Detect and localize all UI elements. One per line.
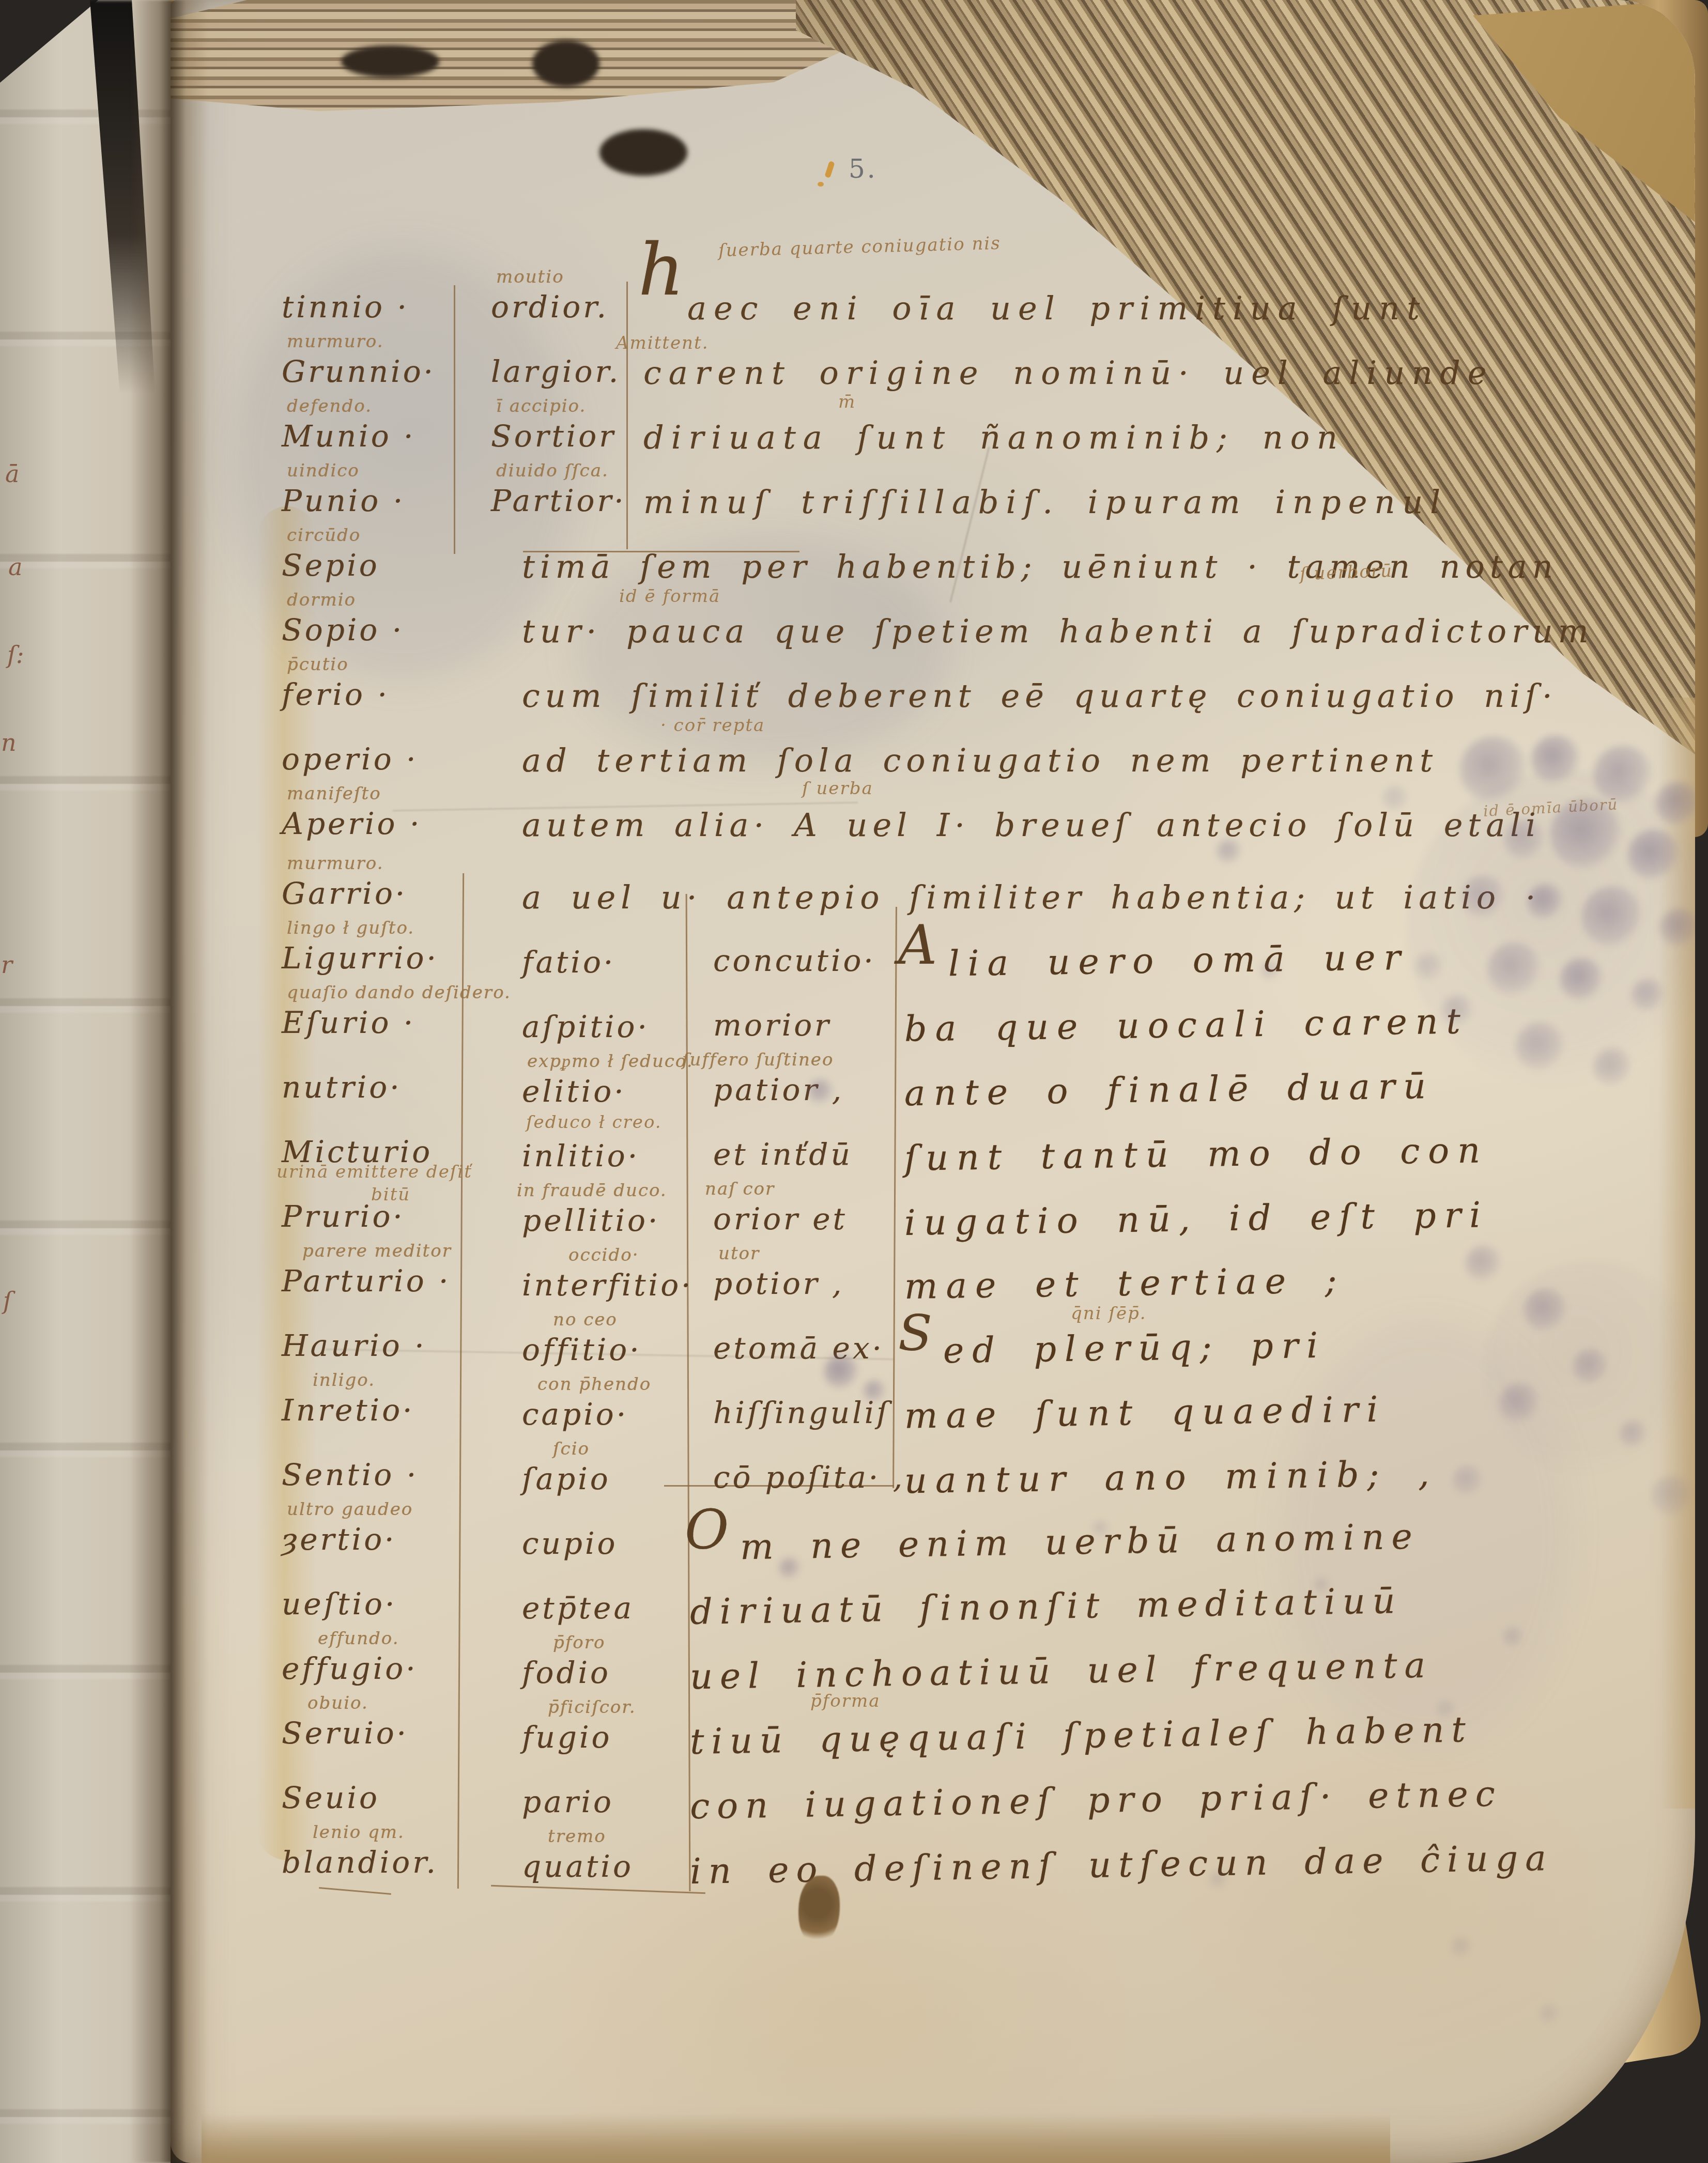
initial-A: A <box>898 924 937 967</box>
purple-stain <box>1209 1871 1228 1889</box>
verb-fugio: p̄ficiſcor.fugio <box>522 1720 612 1755</box>
para-mid-line-2: ba que uocali carent <box>904 1001 1469 1049</box>
para-mid-line-8: mae ſunt quaediri <box>904 1389 1386 1436</box>
verb-potior: utorpotior , <box>713 1266 844 1301</box>
verb-garrio: murmuro.Garrio· <box>282 876 407 911</box>
purple-stain <box>1560 957 1604 1001</box>
gloss-correpta: · cor̄ repta <box>660 715 765 736</box>
purple-stain <box>863 1380 886 1402</box>
verb-et-interdu: et inťdū <box>713 1137 853 1172</box>
main-line-8: ad tertiam ſola coniugatio nem pertinent <box>522 741 1438 779</box>
verb-punio: uindicoPunio · <box>282 483 405 518</box>
verb-partior: diuido ſſca.Partior· <box>491 483 626 518</box>
gloss-seduco-creo: ſeduco ł creo. <box>526 1112 662 1133</box>
purple-stain <box>808 1079 833 1104</box>
para-bottom-line-5: con iugationeſ pro priaſ· etnec <box>689 1774 1502 1828</box>
orange-mark <box>824 161 835 178</box>
verb-pellitio: in fraudē duco.pellitio· <box>522 1203 660 1238</box>
purple-stain <box>1593 746 1653 805</box>
verb-elitio: expᵱmo ł ſeduco.elitio· <box>522 1074 626 1109</box>
purple-stain <box>1499 1383 1540 1423</box>
main-line-3: diriuata ſunt ñanominib; non <box>643 419 1345 456</box>
purple-stain <box>1524 1288 1567 1332</box>
under-leaf-bottom <box>202 2113 1390 2163</box>
verb-sentio: Sentio · <box>282 1457 419 1492</box>
purple-stain <box>1217 839 1241 864</box>
column-rule <box>454 285 455 554</box>
main-line-2: carent origine nominū· uel aliunde <box>643 354 1494 392</box>
purple-stain <box>1442 995 1473 1026</box>
facing-text-fragment: r <box>1 951 12 979</box>
orange-mark-dot <box>818 182 824 187</box>
verb-et-omnia-ex: etomā ex· <box>713 1331 884 1366</box>
purple-stain <box>1092 1520 1109 1537</box>
verb-capio: con p̄hendocapio· <box>522 1397 628 1432</box>
verb-grunnio: murmuro.Grunnio· <box>282 354 436 389</box>
verb-et-praeterea: etp̄tea <box>522 1590 634 1626</box>
main-line-4: minuſ triſſillabiſ. ipuram inpenul <box>643 483 1448 521</box>
para-mid-line-6: mae et tertiae ; <box>904 1260 1345 1307</box>
verb-conposita: cō poſita· , <box>713 1460 905 1495</box>
purple-stain <box>1314 1577 1330 1594</box>
main-line-7: cum ſimiliť deberent eē quartę coniugati… <box>522 677 1558 715</box>
column-rule <box>457 873 464 1889</box>
verb-sortior: ī accipio.Sortior <box>491 419 616 454</box>
para-bottom-line-3: uel inchoatiuū uel frequenta <box>689 1645 1433 1698</box>
verb-his-singulis: hiſſinguliſ <box>713 1395 890 1430</box>
facing-text-fragment: ſ: <box>7 641 24 669</box>
purple-stain <box>1659 908 1696 947</box>
purple-stain <box>1651 1475 1692 1517</box>
gloss-p-forma: p̄forma <box>810 1691 881 1711</box>
verb-prurio: Prurio· <box>282 1199 405 1234</box>
gloss-q-ni-sep: q̄ni ſēp̄. <box>1071 1303 1147 1324</box>
verb-tinnio: tinnio · <box>282 289 409 325</box>
main-line-1: aec eni oīa uel primitiua ſunt <box>687 289 1427 327</box>
verb-inlitio: inlitio· <box>522 1138 640 1173</box>
para-mid-line-7: ed plerūq; pri <box>943 1325 1326 1371</box>
purple-stain <box>1461 875 1505 919</box>
purple-stain <box>1487 942 1542 996</box>
facing-text-fragment: ā <box>5 460 19 488</box>
header-gloss: ſuerba quarte coniugatio nis <box>718 233 1002 261</box>
verb-sopio: dormioSopio · <box>282 612 404 647</box>
purple-stain <box>1503 1627 1524 1647</box>
verb-cupio: cupio <box>522 1526 618 1561</box>
purple-stain <box>1619 1420 1648 1448</box>
purple-stain <box>1631 978 1665 1012</box>
verb-quatio: tremoquatio <box>522 1849 634 1884</box>
purple-stain <box>1460 736 1527 804</box>
para-mid-line-1: lia uero omā uer <box>948 937 1409 984</box>
edge-dark-knot <box>532 40 599 87</box>
para-mid-line-3: ante o finalē duarū <box>904 1066 1434 1114</box>
verb-pario: pario <box>522 1784 614 1819</box>
verb-orior: naſ cororior et <box>713 1201 848 1237</box>
column-rule-flourish <box>319 1887 391 1895</box>
purple-stain <box>1516 1022 1565 1071</box>
verb-inretio: inligo.Inretio· <box>282 1393 415 1428</box>
verb-aspitio: aſpitio· <box>522 1009 650 1044</box>
brown-blotch <box>798 1876 840 1945</box>
column-rule <box>626 282 628 549</box>
manuscript-page: 5. ſuerba quarte coniugatio nis tinnio ·… <box>171 0 1695 2163</box>
purple-stain <box>1550 798 1623 871</box>
purple-stain <box>1415 952 1443 981</box>
purple-stain <box>1451 1936 1472 1958</box>
verb-ligurrio: lingo ł guſto.Ligurrio· <box>282 940 439 976</box>
verb-fatio: fatio· <box>522 945 616 980</box>
initial-O: O <box>685 1509 729 1552</box>
purple-stain <box>779 1557 801 1579</box>
verb-ferio: p̄cutioferio · <box>282 677 390 712</box>
purple-stain <box>1452 1465 1483 1496</box>
verb-effugio: effundo.effugio· <box>282 1651 418 1686</box>
verb-seruio: obuio.Seruio· <box>282 1716 409 1751</box>
purple-stain <box>1655 782 1696 826</box>
verb-parturio: parere meditorParturio · <box>282 1263 451 1299</box>
purple-stain <box>1531 735 1580 784</box>
para-mid-line-9: uantur ano minib; , <box>904 1454 1438 1502</box>
facing-text-fragment: ſ <box>3 1287 12 1315</box>
verb-operio: operio · <box>282 741 418 777</box>
edge-dark-knot <box>599 129 687 176</box>
verb-offitio: no ceooffitio· <box>522 1332 642 1367</box>
verb-fodio: p̄forofodio <box>522 1655 611 1690</box>
verb-blandior: lenio qm.blandior. <box>282 1845 438 1880</box>
purple-stain <box>824 1354 859 1389</box>
verb-haurio: Haurio · <box>282 1328 427 1363</box>
folio-number: 5. <box>849 154 878 184</box>
purple-stain <box>1527 884 1563 920</box>
gloss-s-ueboru: ſ uerborū <box>1299 561 1393 584</box>
initial-h: h <box>638 242 684 299</box>
facing-text-fragment: a <box>8 553 22 581</box>
gutter-seam <box>130 0 208 2163</box>
purple-stain <box>1581 886 1643 948</box>
purple-stain <box>1573 1349 1609 1385</box>
gloss-id-e-forma: id ē formā <box>619 586 720 607</box>
verb-gestio: ultro gaudeoȝertio· <box>282 1522 397 1557</box>
main-line-10: a uel u· antepio ſimiliter habentia; ut … <box>522 878 1541 916</box>
verb-interfitio: occido·interfitio· <box>522 1268 694 1303</box>
verb-concutio: concutio· <box>713 943 876 978</box>
verb-esurio: quaſio dando deſidero.Eſurio · <box>282 1005 416 1040</box>
purple-stain <box>1437 1700 1455 1719</box>
para-mid-line-4: ſunt tantū mo do con <box>904 1130 1489 1179</box>
para-mid-line-5: iugatio nū, id eſt pri <box>904 1195 1489 1244</box>
gloss-amittent: Amittent. <box>616 333 709 353</box>
verb-sepio: circūdoSepio <box>282 548 380 583</box>
edge-dark-knot <box>341 45 439 78</box>
purple-stain <box>1260 961 1280 980</box>
verb-seuio: Seuio <box>282 1780 380 1815</box>
manuscript-photo: { "folio": "5.", "header_gloss": "ſuerba… <box>0 0 1708 2163</box>
column-rule <box>491 1885 705 1894</box>
verb-ordior: moutioordior. <box>491 289 609 325</box>
verb-morior: morior <box>713 1008 832 1043</box>
gloss-m-bar: m̄ <box>838 392 856 412</box>
purple-stain <box>1593 1048 1632 1087</box>
verb-aperio: manifeſtoAperio · <box>282 806 422 841</box>
facing-text-fragment: n <box>1 729 17 756</box>
verb-largior: largior. <box>491 354 621 389</box>
verb-uestio: ueſtio· <box>282 1586 397 1621</box>
verb-munio: defendo.Munio · <box>282 419 416 454</box>
column-rule <box>893 907 897 1488</box>
purple-stain <box>1465 1245 1501 1281</box>
verb-sapio: ſcioſapio <box>522 1461 611 1496</box>
main-line-9: autem alia· A uel I· breueſ antecio ſolū… <box>522 806 1541 844</box>
initial-S: S <box>898 1314 932 1353</box>
gloss-s-uerba: ſ uerba <box>802 778 873 799</box>
verb-nutrio: nutrio· <box>282 1070 402 1105</box>
purple-stain <box>1504 819 1545 860</box>
purple-stain <box>1628 829 1680 881</box>
gloss-micturio-1: urinā emittere deſiť <box>276 1162 472 1182</box>
para-bottom-line-4: tiuū quęquaſi ſpetialeſ habent <box>689 1709 1473 1763</box>
purple-stain <box>1540 2004 1559 2024</box>
purple-stain <box>1382 785 1408 811</box>
main-line-5: timā ſem per habentib; uēniunt · tamen n… <box>522 548 1558 585</box>
main-line-6: tur· pauca que ſpetiem habenti a ſupradi… <box>522 612 1594 650</box>
